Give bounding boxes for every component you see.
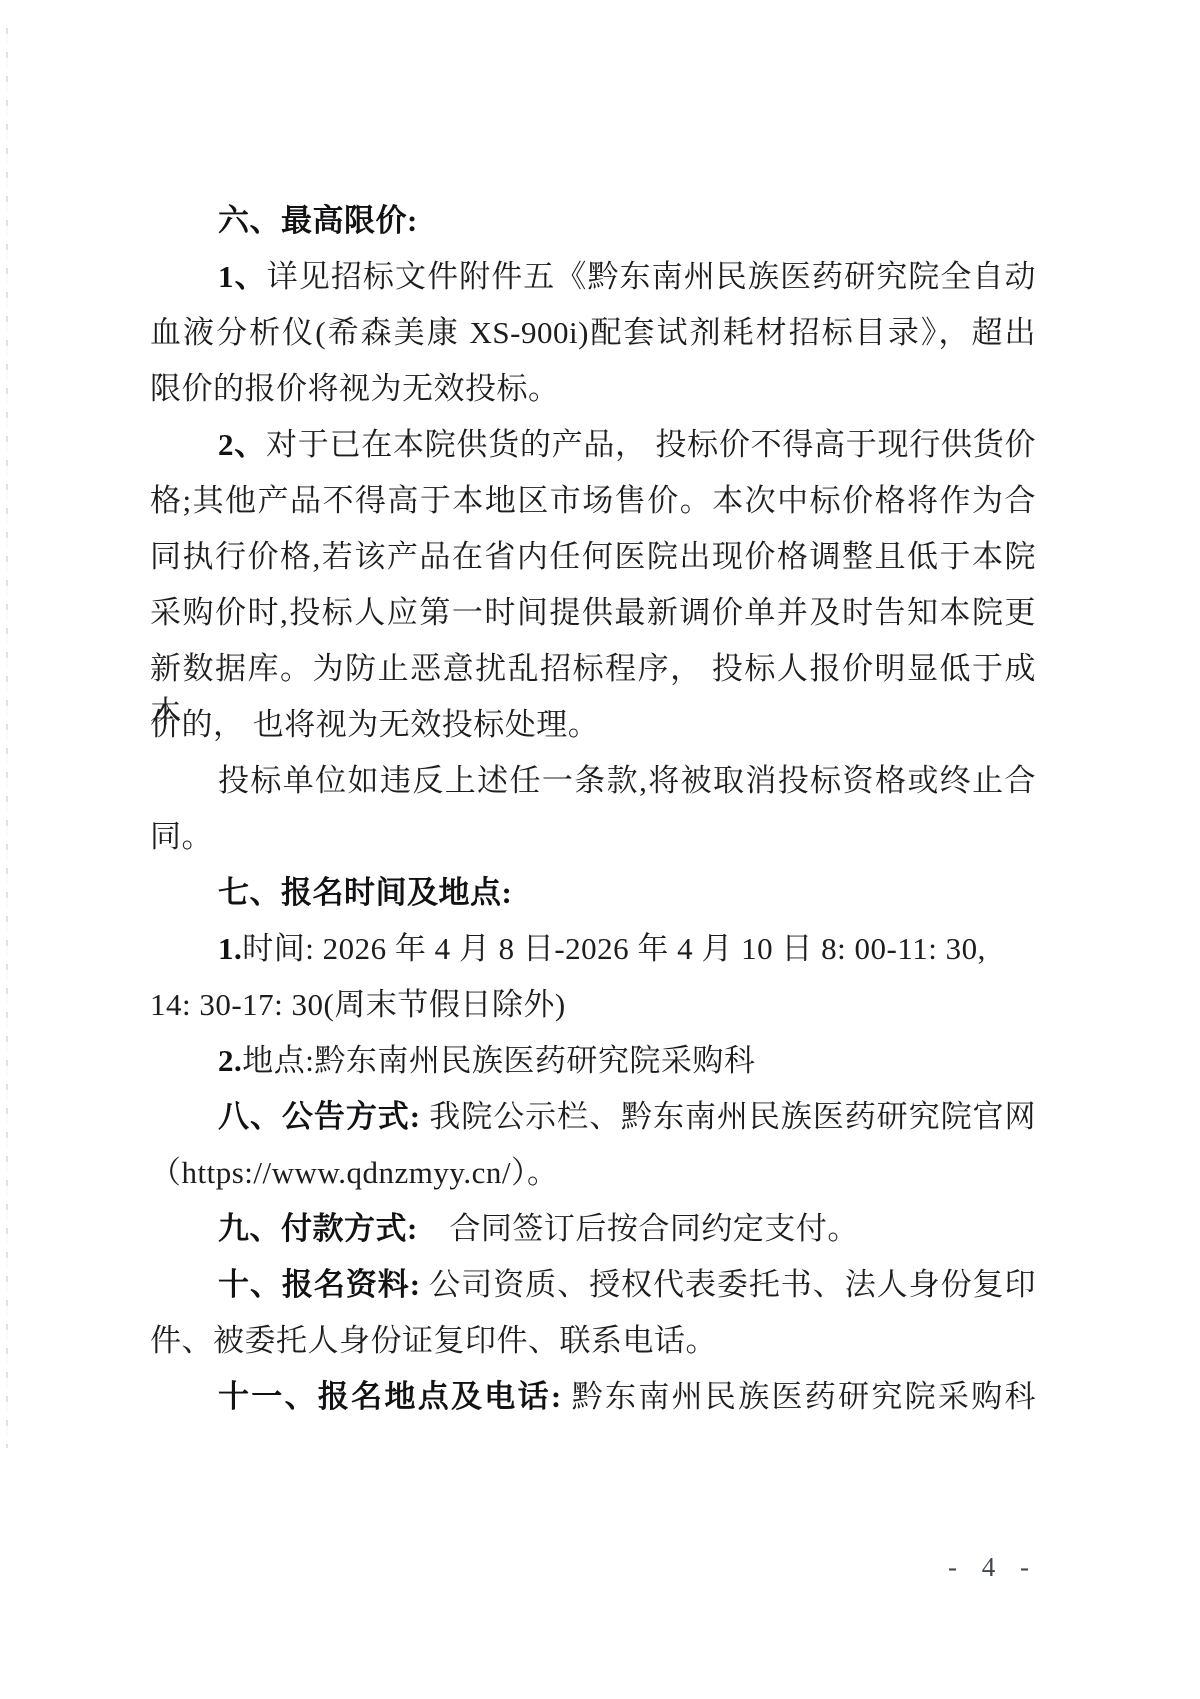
- section-10-heading: 十、报名资料: 公司资质、授权代表委托书、法人身份复印: [150, 1263, 1036, 1307]
- line-text: 格;其他产品不得高于本地区市场售价。本次中标价格将作为合: [150, 483, 1036, 518]
- list-number: 1.: [218, 931, 242, 966]
- doc-line: 1、详见招标文件附件五《黔东南州民族医药研究院全自动: [150, 255, 1036, 299]
- doc-line: 格;其他产品不得高于本地区市场售价。本次中标价格将作为合: [150, 479, 1036, 523]
- doc-line: 血液分析仪(希森美康 XS-900i)配套试剂耗材招标目录》，超出: [150, 311, 1036, 355]
- scan-edge-artifact: [6, 28, 8, 1448]
- doc-line: 投标单位如违反上述任一条款,将被取消投标资格或终止合: [150, 759, 1036, 803]
- line-text: 公司资质、授权代表委托书、法人身份复印: [421, 1267, 1036, 1302]
- doc-line: 2、对于已在本院供货的产品， 投标价不得高于现行供货价: [150, 423, 1036, 467]
- doc-line: 件、被委托人身份证复印件、联系电话。: [150, 1319, 1036, 1363]
- heading-text: 六、最高限价:: [218, 203, 418, 238]
- doc-line: 同。: [150, 815, 1036, 859]
- website-url-line: （https://www.qdnzmyy.cn/）。: [150, 1151, 1036, 1195]
- doc-line: 采购价时,投标人应第一时间提供最新调价单并及时告知本院更: [150, 591, 1036, 635]
- heading-text: 九、付款方式:: [218, 1211, 418, 1246]
- line-text: 血液分析仪(希森美康 XS-900i)配套试剂耗材招标目录》，超出: [150, 315, 1036, 350]
- section-6-heading: 六、最高限价:: [150, 199, 1036, 243]
- line-text: 14: 30-17: 30(周末节假日除外): [150, 987, 566, 1022]
- doc-line: 价的， 也将视为无效投标处理。: [150, 703, 1036, 747]
- doc-line: 1.时间: 2026 年 4 月 8 日-2026 年 4 月 10 日 8: …: [150, 927, 1036, 971]
- section-11-heading: 十一、报名地点及电话: 黔东南州民族医药研究院采购科: [150, 1375, 1036, 1419]
- list-number: 1、: [218, 259, 267, 294]
- heading-text: 十、报名资料:: [218, 1267, 421, 1302]
- line-text: 对于已在本院供货的产品， 投标价不得高于现行供货价: [266, 427, 1036, 462]
- scanned-document-page: 六、最高限价: 1、详见招标文件附件五《黔东南州民族医药研究院全自动 血液分析仪…: [0, 0, 1200, 1699]
- line-text: 我院公示栏、黔东南州民族医药研究院官网: [421, 1099, 1036, 1134]
- page-number: - 4 -: [948, 1552, 1038, 1583]
- section-7-heading: 七、报名时间及地点:: [150, 871, 1036, 915]
- line-text: 地点:黔东南州民族医药研究院采购科: [242, 1043, 755, 1078]
- line-text: （https://www.qdnzmyy.cn/）。: [150, 1155, 559, 1190]
- list-number: 2、: [218, 427, 266, 462]
- line-text: 采购价时,投标人应第一时间提供最新调价单并及时告知本院更: [150, 595, 1036, 630]
- line-text: 同。: [150, 819, 213, 854]
- doc-line: 14: 30-17: 30(周末节假日除外): [150, 983, 1036, 1027]
- section-9-heading: 九、付款方式: 合同签订后按合同约定支付。: [150, 1207, 1036, 1251]
- line-text: 时间: 2026 年 4 月 8 日-2026 年 4 月 10 日 8: 00…: [242, 931, 986, 966]
- doc-line: 2.地点:黔东南州民族医药研究院采购科: [150, 1039, 1036, 1083]
- doc-line: 同执行价格,若该产品在省内任何医院出现价格调整且低于本院: [150, 535, 1036, 579]
- heading-text: 七、报名时间及地点:: [218, 875, 512, 910]
- line-text: 同执行价格,若该产品在省内任何医院出现价格调整且低于本院: [150, 539, 1036, 574]
- line-text: 详见招标文件附件五《黔东南州民族医药研究院全自动: [267, 259, 1036, 294]
- doc-line: 限价的报价将视为无效投标。: [150, 367, 1036, 411]
- line-text: 限价的报价将视为无效投标。: [150, 371, 560, 406]
- line-text: 件、被委托人身份证复印件、联系电话。: [150, 1323, 717, 1358]
- heading-text: 十一、报名地点及电话:: [218, 1379, 562, 1414]
- heading-text: 八、公告方式:: [218, 1099, 421, 1134]
- section-8-heading: 八、公告方式: 我院公示栏、黔东南州民族医药研究院官网: [150, 1095, 1036, 1139]
- list-number: 2.: [218, 1043, 242, 1078]
- line-text: 黔东南州民族医药研究院采购科: [562, 1379, 1036, 1414]
- line-text: 投标单位如违反上述任一条款,将被取消投标资格或终止合: [218, 763, 1036, 798]
- line-text: 合同签订后按合同约定支付。: [418, 1211, 859, 1246]
- line-text: 价的， 也将视为无效投标处理。: [150, 707, 599, 742]
